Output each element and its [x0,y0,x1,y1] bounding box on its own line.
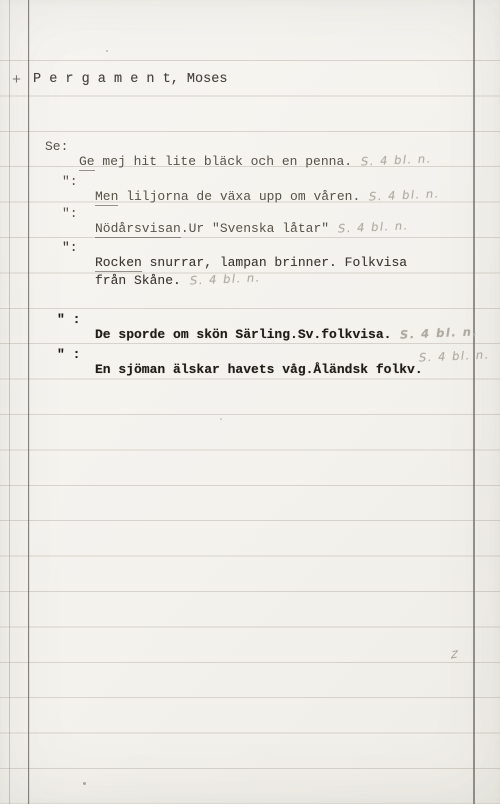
paper-speck [220,418,222,420]
entry-rest: från Skåne. [95,273,181,288]
entry-row: ": Men liljorna de växa upp om våren.S. … [0,159,500,177]
catalog-card: + P e r g a m e n t, Moses Se: Ge mej hi… [0,0,500,804]
entry-text: från Skåne.S. 4 bl. n. [95,273,261,288]
entry-row: " : En sjöman älskar havets våg.Åländsk … [0,332,500,350]
entry-prefix: ": [62,240,78,255]
paper-speck [106,50,108,52]
entry-prefix: ": [62,174,78,189]
entry-row: Se: Ge mej hit lite bläck och en penna.S… [0,124,500,142]
card-heading: P e r g a m e n t, Moses [33,72,227,87]
entry-prefix: " : [57,347,80,362]
entry-text: En sjöman älskar havets våg.Åländsk folk… [95,362,423,377]
entry-prefix: ": [62,206,78,221]
paper-speck [83,782,86,785]
pencil-corner-mark: z [451,646,458,663]
right-margin-line [473,0,475,804]
pencil-annotation: S. 4 bl. n. [190,270,261,287]
left-margin-line [28,0,29,804]
entry-row-continuation: från Skåne.S. 4 bl. n. [0,258,500,276]
pencil-annotation: S. 4 bl. n. [419,347,490,364]
plus-mark: + [12,72,21,89]
entry-row: " : De sporde om skön Särling.Sv.folkvis… [0,297,500,315]
entry-prefix: Se: [45,139,68,154]
entry-row: ": Nödårsvisan.Ur "Svenska låtar"S. 4 bl… [0,191,500,209]
entry-prefix: " : [57,312,80,327]
entry-rest: En sjöman älskar havets våg.Åländsk folk… [95,362,423,377]
entry-row: ": Rocken snurrar, lampan brinner. Folkv… [0,225,500,243]
left-edge-line [9,0,10,804]
